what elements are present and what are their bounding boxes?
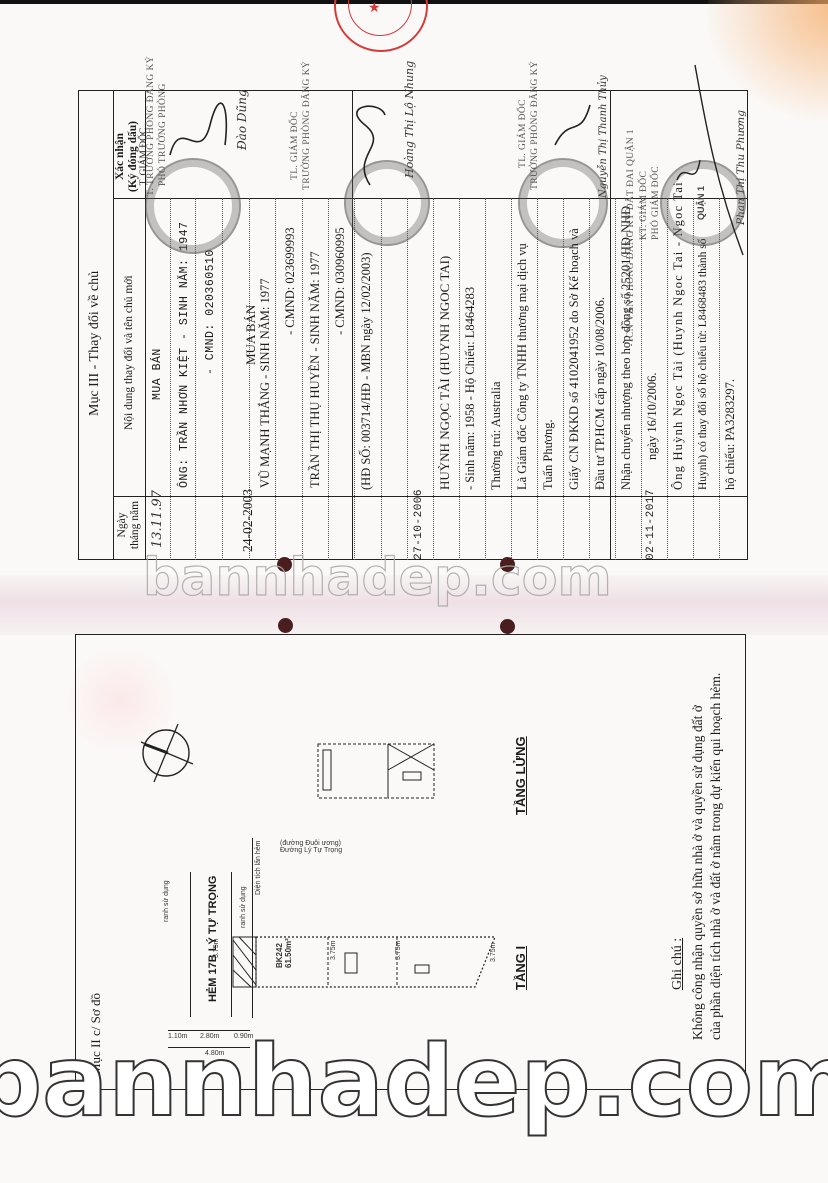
confirm-title: TRƯỞNG PHÒNG ĐĂNG KÝ [302, 61, 312, 190]
lot-label: BK242 61.50m² [275, 938, 293, 968]
entry-line: - CMND: 020360510 [204, 249, 217, 375]
floor1-label: TẦNG I [513, 946, 528, 990]
confirm-title: TL. GIÁM ĐỐC [290, 111, 300, 180]
alley-note: Diện tích lấn hẻm [255, 841, 262, 895]
signature-icon [655, 60, 745, 260]
dimension: 3.75m [490, 943, 497, 962]
signer-name: Hoàng Thị Lộ Nhung [403, 61, 416, 178]
mezzanine-label: TẦNG LỬNG [513, 736, 528, 815]
floor1-plan [225, 925, 515, 1025]
entry-line: - Sinh năm: 1958 - Hộ Chiếu: L8464283 [463, 287, 478, 490]
entry-line: HUỲNH NGỌC TÀI (HUYNH NGOC TAI) [437, 256, 453, 490]
header-confirm: Xác nhận (Ký đóng dấu) T. GIÁM ĐỐC [114, 121, 150, 192]
confirm-title: TL. GIÁM ĐỐC [518, 99, 528, 168]
confirm-title: T. TRƯỞNG PHÒNG ĐĂNG KÝ [146, 56, 156, 196]
entry-line: MUA BÁN [151, 348, 164, 400]
entry-line: hộ chiếu: PA3283297. [723, 379, 738, 490]
signature-icon [545, 95, 605, 155]
note-line: Không công nhận quyền sở hữu nhà ở và qu… [690, 705, 706, 1040]
note-title: Ghi chú : [670, 938, 686, 990]
entry-line: Giấy CN ĐKKD số 4102041952 do Sở Kế hoạc… [567, 228, 582, 490]
entry-date: 02-11-2017 [645, 489, 657, 560]
watermark: bannhadep.com [143, 548, 612, 608]
north-arrow-icon [136, 722, 196, 786]
confirm-title: KT. GIÁM ĐỐC [639, 171, 649, 240]
alley-note: ranh sử dụng [240, 886, 247, 928]
entry-line: VŨ MẠNH THẮNG - SINH NĂM: 1977 [258, 279, 273, 489]
punch-hole [278, 618, 293, 633]
street-note-line: (đường Đuôi ương) [280, 840, 342, 847]
entry-line: Thường trú: Australia [489, 381, 504, 490]
watermark: bannhadep.com [0, 1025, 828, 1139]
header-confirm-line1: Xác nhận [114, 121, 127, 192]
entry-line: ÔNG: TRẦN NHƠN KIỆT - SINH NĂM: 1947 [178, 222, 191, 488]
dimension: 3.75m [330, 941, 337, 960]
signature-icon [340, 95, 400, 195]
entry-line: Huynh) có thay đổi số hộ chiếu từ: L8468… [697, 238, 709, 490]
section-title: Mục III - Thay đổi về chủ [87, 271, 103, 416]
mezzanine-plan [315, 740, 445, 810]
header-confirm-line2: (Ký đóng dấu) [127, 121, 140, 192]
punch-hole [500, 619, 515, 634]
entry-date: 24-02-2003 [240, 489, 256, 552]
official-stamp-icon [518, 158, 608, 248]
entry-date: 13.11.97 [150, 490, 165, 548]
street-note: (đường Đuôi ương) Đường Lý Tự Trọng [280, 840, 342, 854]
red-seal-icon: ★ [334, 0, 428, 52]
lot-number: BK242 [275, 938, 284, 968]
signature-icon [160, 95, 240, 175]
entry-line: Là Giám đốc Công ty TNHH thương mại dịch… [515, 243, 530, 490]
dimension: 3.75m [213, 939, 220, 958]
entry-line: (HĐ SỐ: 003714/HĐ - MBN ngày 12/02/2003) [359, 253, 374, 491]
confirm-title: CN VĂN PHÒNG ĐĂNG KÝ ĐẤT ĐAI QUẬN 1 [626, 129, 636, 338]
street-note-line: Đường Lý Tự Trọng [280, 847, 342, 854]
entry-line: TRẦN THỊ THỤ HUYỀN - SINH NĂM: 1977 [308, 251, 323, 488]
alley-note: ranh sử dụng [163, 880, 170, 922]
entry-line: Tuấn Phương. [541, 419, 556, 490]
lot-area: 61.50m² [284, 938, 293, 968]
header-content: Nội dung thay đổi và tên chủ mới [123, 275, 136, 430]
header-date: Ngày tháng năm [116, 500, 141, 550]
entry-line: ngày 16/10/2006. [645, 373, 660, 461]
dimension: 3.75m [395, 941, 402, 960]
entry-line: Đầu tư TP.HCM cấp ngày 10/08/2006. [593, 297, 608, 490]
entry-line: - CMND: 030960995 [333, 227, 348, 335]
entry-line: - CMND: 023699993 [283, 227, 298, 335]
entry-line: MUA BÁN [243, 305, 259, 365]
note-line: của phần diện tích nhà ở và đất ở nằm tr… [708, 673, 724, 1040]
